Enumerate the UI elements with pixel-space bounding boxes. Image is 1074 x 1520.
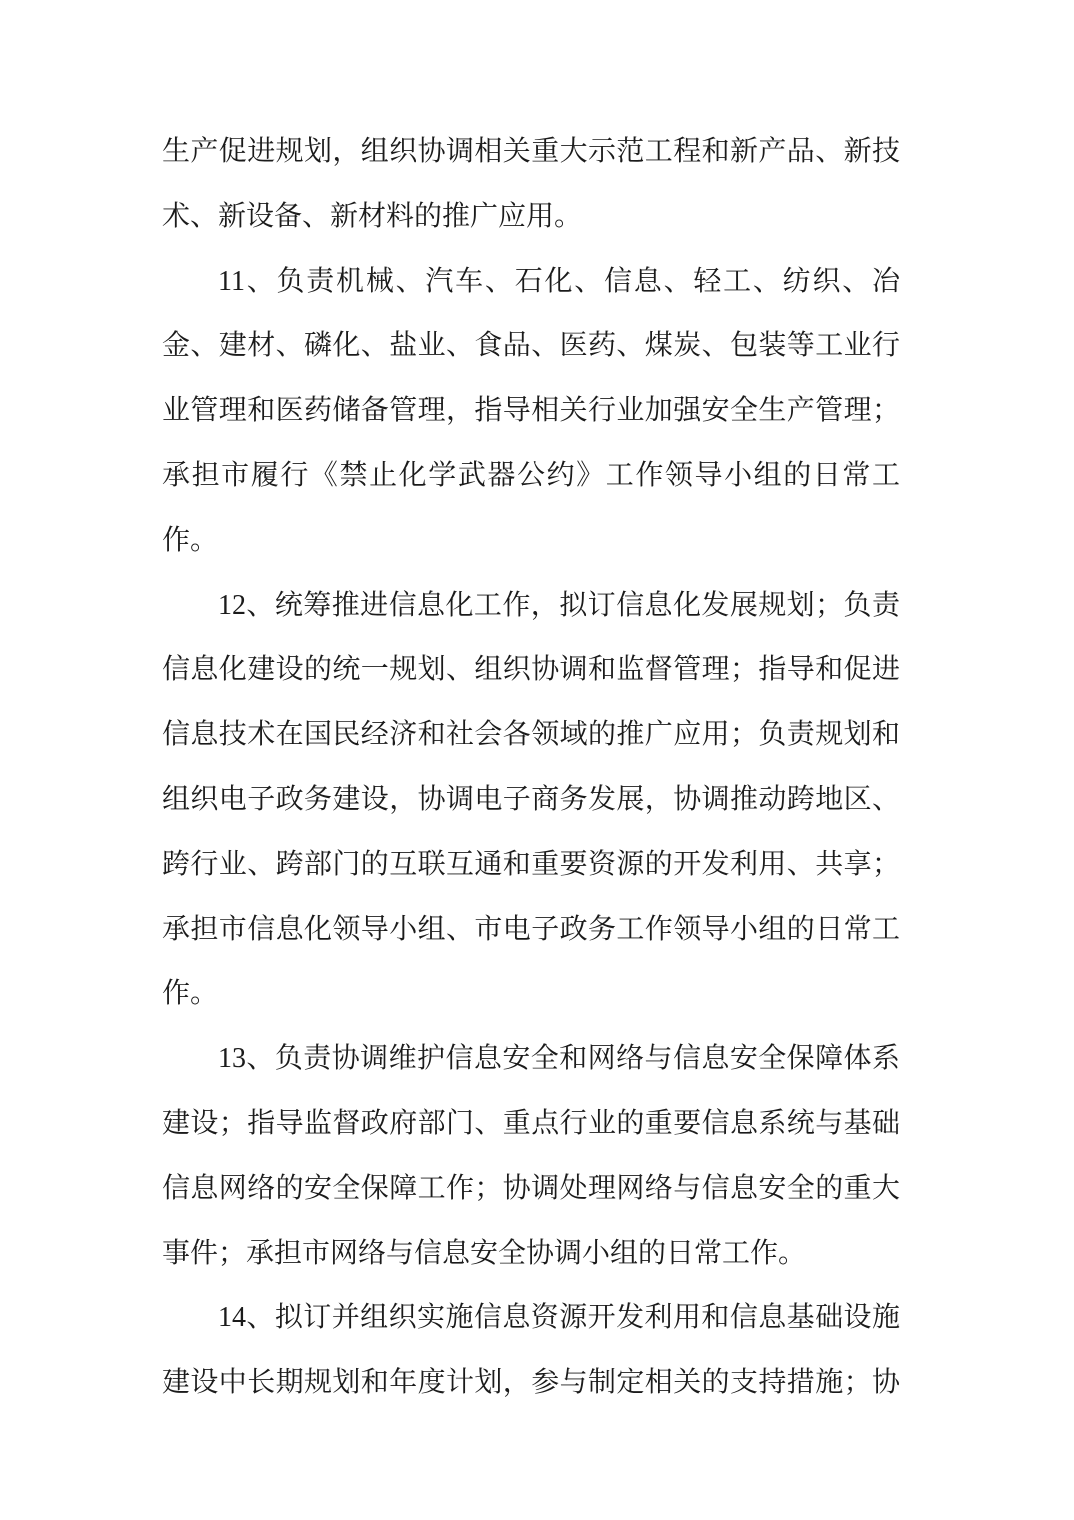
paragraph-item-12: 12、统筹推进信息化工作，拟订信息化发展规划；负责 信息化建设的统一规划、组织协… — [162, 574, 900, 1028]
document-page: 生产促进规划，组织协调相关重大示范工程和新产品、新技 术、新设备、新材料的推广应… — [0, 0, 1074, 1520]
paragraph-item-14: 14、拟订并组织实施信息资源开发利用和信息基础设施 建设中长期规划和年度计划，参… — [162, 1286, 900, 1416]
text-line: 承担市信息化领导小组、市电子政务工作领导小组的日常工 — [162, 898, 900, 963]
text-line: 信息网络的安全保障工作；协调处理网络与信息安全的重大 — [162, 1157, 900, 1222]
paragraph-item-13: 13、负责协调维护信息安全和网络与信息安全保障体系 建设；指导监督政府部门、重点… — [162, 1027, 900, 1286]
text-line: 金、建材、磷化、盐业、食品、医药、煤炭、包装等工业行 — [162, 314, 900, 379]
text-line: 13、负责协调维护信息安全和网络与信息安全保障体系 — [162, 1027, 900, 1092]
text-line: 建设中长期规划和年度计划，参与制定相关的支持措施；协 — [162, 1351, 900, 1416]
text-line: 12、统筹推进信息化工作，拟订信息化发展规划；负责 — [162, 574, 900, 639]
text-line: 作。 — [162, 962, 900, 1027]
text-line: 14、拟订并组织实施信息资源开发利用和信息基础设施 — [162, 1286, 900, 1351]
text-line: 生产促进规划，组织协调相关重大示范工程和新产品、新技 — [162, 120, 900, 185]
text-line: 事件；承担市网络与信息安全协调小组的日常工作。 — [162, 1222, 900, 1287]
text-line: 作。 — [162, 509, 900, 574]
text-line: 11、负责机械、汽车、石化、信息、轻工、纺织、冶 — [162, 250, 900, 315]
text-line: 业管理和医药储备管理，指导相关行业加强安全生产管理； — [162, 379, 900, 444]
text-line: 承担市履行《禁止化学武器公约》工作领导小组的日常工 — [162, 444, 900, 509]
text-line: 建设；指导监督政府部门、重点行业的重要信息系统与基础 — [162, 1092, 900, 1157]
text-line: 信息化建设的统一规划、组织协调和监督管理；指导和促进 — [162, 638, 900, 703]
text-line: 组织电子政务建设，协调电子商务发展，协调推动跨地区、 — [162, 768, 900, 833]
paragraph-item-11: 11、负责机械、汽车、石化、信息、轻工、纺织、冶 金、建材、磷化、盐业、食品、医… — [162, 250, 900, 574]
text-line: 跨行业、跨部门的互联互通和重要资源的开发利用、共享； — [162, 833, 900, 898]
text-line: 术、新设备、新材料的推广应用。 — [162, 185, 900, 250]
text-line: 信息技术在国民经济和社会各领域的推广应用；负责规划和 — [162, 703, 900, 768]
paragraph-continuation: 生产促进规划，组织协调相关重大示范工程和新产品、新技 术、新设备、新材料的推广应… — [162, 120, 900, 250]
text-block: 生产促进规划，组织协调相关重大示范工程和新产品、新技 术、新设备、新材料的推广应… — [162, 120, 900, 1416]
